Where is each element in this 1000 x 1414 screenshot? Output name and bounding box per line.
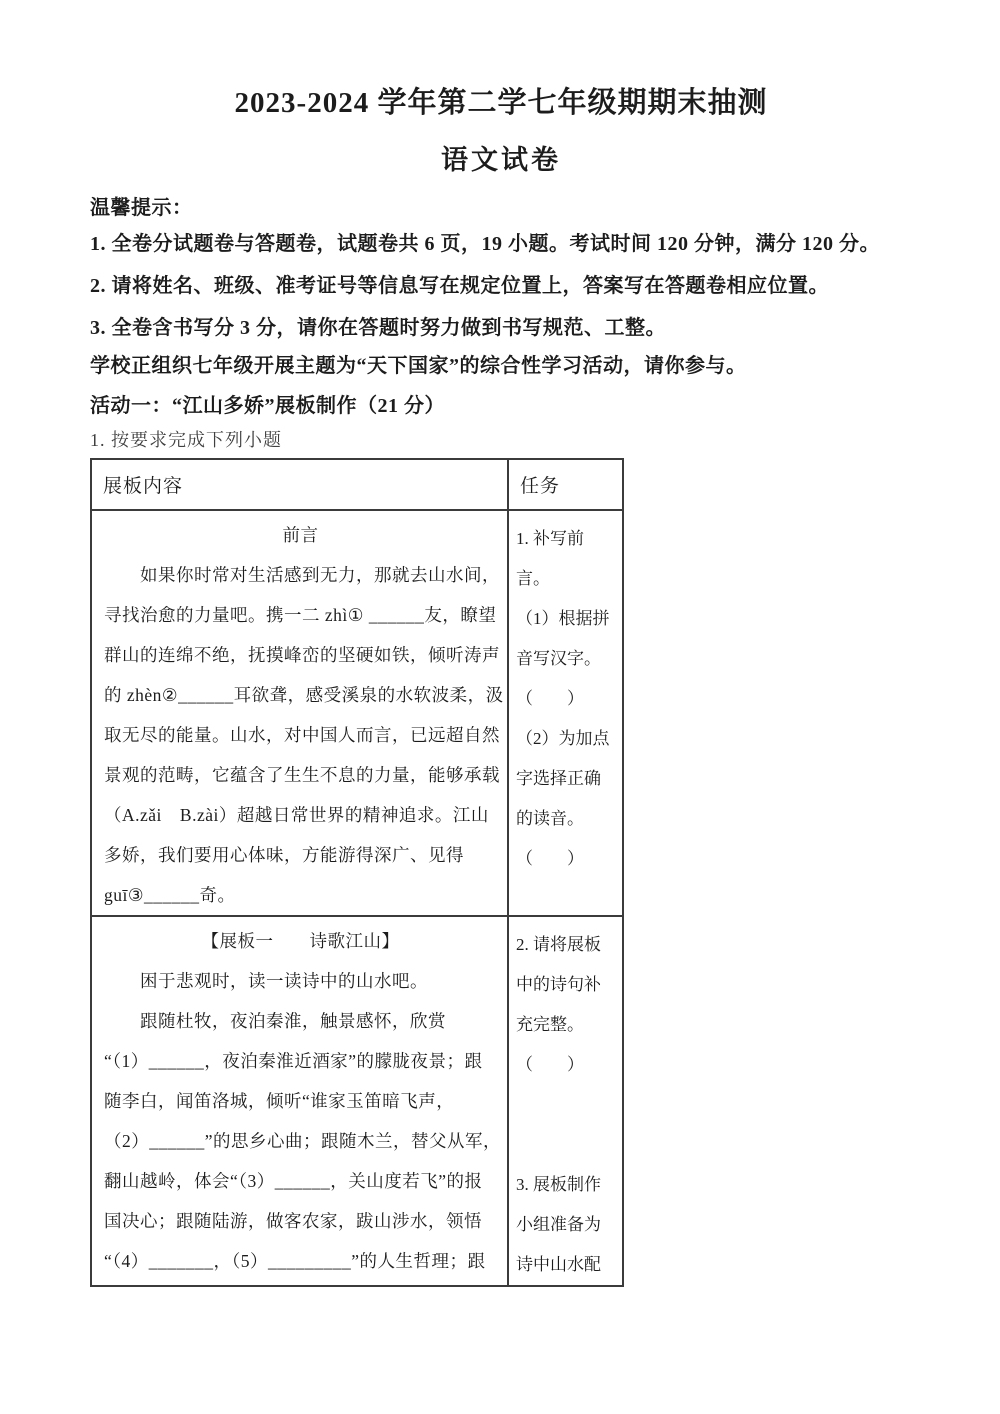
notice-item-2: 2. 请将姓名、班级、准考证号等信息写在规定位置上，答案写在答题卷相应位置。	[90, 272, 912, 300]
task-3-line: 诗中山水配	[516, 1245, 620, 1285]
panel-one-line: 跟随杜牧，夜泊秦淮，触景感怀，欣赏	[104, 1001, 497, 1041]
task-cell-1: 1. 补写前 言。 （1）根据拼 音写汉字。 （ ） （2）为加点 字选择正确 …	[508, 510, 623, 916]
task-1-line: （1）根据拼	[516, 599, 620, 639]
exam-paper-page: 2023-2024 学年第二学七年级期期末抽测 语文试卷 温馨提示： 1. 全卷…	[0, 0, 1000, 1414]
task-table: 展板内容 任务 前言 如果你时常对生活感到无力，那就去山水间， 寻找治愈的力量吧…	[90, 458, 624, 1287]
column-header-panel-content: 展板内容	[91, 459, 508, 510]
panel-one-line: 困于悲观时，读一读诗中的山水吧。	[104, 961, 497, 1001]
preface-line: 景观的范畴，它蕴含了生生不息的力量，能够承载	[104, 755, 497, 795]
task-3-line: 3. 展板制作	[516, 1165, 620, 1205]
panel-one-line: 国决心；跟随陆游，做客农家，跋山涉水，领悟	[104, 1201, 497, 1241]
panel-one-line: “（1）______，夜泊秦淮近酒家”的朦胧夜景；跟	[104, 1041, 497, 1081]
preface-line: 取无尽的能量。山水，对中国人而言，已远超自然	[104, 715, 497, 755]
task-1-line: 1. 补写前	[516, 519, 620, 559]
task-1-line: 的读音。	[516, 799, 620, 839]
panel-one-cell: 【展板一 诗歌江山】 困于悲观时，读一读诗中的山水吧。 跟随杜牧，夜泊秦淮，触景…	[91, 916, 508, 1286]
task-1-line: 字选择正确	[516, 759, 620, 799]
activity-intro: 学校正组织七年级开展主题为“天下国家”的综合性学习活动，请你参与。	[90, 352, 912, 380]
table-header-row: 展板内容 任务	[91, 459, 623, 510]
preface-line: 如果你时常对生活感到无力，那就去山水间，	[104, 555, 497, 595]
column-header-task: 任务	[508, 459, 623, 510]
preface-panel-cell: 前言 如果你时常对生活感到无力，那就去山水间， 寻找治愈的力量吧。携一二 zhì…	[91, 510, 508, 916]
task-2-line: 充完整。	[516, 1005, 620, 1045]
preface-line: guī③______奇。	[104, 875, 497, 915]
task-1-line: （2）为加点	[516, 719, 620, 759]
panel-one-line: （2）______”的思乡心曲；跟随木兰，替父从军，	[104, 1121, 497, 1161]
paper-title: 2023-2024 学年第二学七年级期期末抽测	[90, 84, 912, 122]
task-cell-2: 2. 请将展板 中的诗句补 充完整。 （ ） 3. 展板制作 小组准备为 诗中山…	[508, 916, 623, 1286]
notice-heading: 温馨提示：	[90, 194, 912, 222]
task-1-line: 言。	[516, 559, 620, 599]
notice-item-3: 3. 全卷含书写分 3 分，请你在答题时努力做到书写规范、工整。	[90, 314, 912, 342]
task-3-line: 小组准备为	[516, 1205, 620, 1245]
preface-line: 多娇，我们要用心体味，方能游得深广、见得	[104, 835, 497, 875]
table-row: 前言 如果你时常对生活感到无力，那就去山水间， 寻找治愈的力量吧。携一二 zhì…	[91, 510, 623, 916]
notice-item-1: 1. 全卷分试题卷与答题卷，试题卷共 6 页，19 小题。考试时间 120 分钟…	[90, 230, 912, 258]
preface-line: （A.zǎi B.zài）超越日常世界的精神追求。江山	[104, 795, 497, 835]
spacer-line	[516, 1085, 620, 1125]
task-1-line: 音写汉字。	[516, 639, 620, 679]
answer-brackets: （ ）	[516, 839, 620, 879]
task-2-line: 中的诗句补	[516, 965, 620, 1005]
task-2-line: 2. 请将展板	[516, 925, 620, 965]
spacer-line	[516, 1125, 620, 1165]
panel-one-line: 随李白，闻笛洛城，倾听“谁家玉笛暗飞声，	[104, 1081, 497, 1121]
paper-subtitle: 语文试卷	[90, 142, 912, 178]
panel-one-line: 翻山越岭，体会“（3）______，关山度若飞”的报	[104, 1161, 497, 1201]
preface-line: 的 zhèn②______耳欲聋，感受溪泉的水软波柔，汲	[104, 675, 497, 715]
panel-one-line: “（4）_______，（5）_________”的人生哲理；跟	[104, 1241, 497, 1281]
preface-title: 前言	[104, 515, 497, 555]
preface-line: 寻找治愈的力量吧。携一二 zhì① ______友，瞭望	[104, 595, 497, 635]
answer-brackets: （ ）	[516, 679, 620, 719]
answer-brackets: （ ）	[516, 1045, 620, 1085]
activity-heading: 活动一：“江山多娇”展板制作（21 分）	[90, 392, 912, 420]
table-row: 【展板一 诗歌江山】 困于悲观时，读一读诗中的山水吧。 跟随杜牧，夜泊秦淮，触景…	[91, 916, 623, 1286]
preface-line: 群山的连绵不绝，抚摸峰峦的坚硬如铁，倾听涛声	[104, 635, 497, 675]
question-lead: 1. 按要求完成下列小题	[90, 428, 912, 452]
panel-one-title: 【展板一 诗歌江山】	[104, 921, 497, 961]
